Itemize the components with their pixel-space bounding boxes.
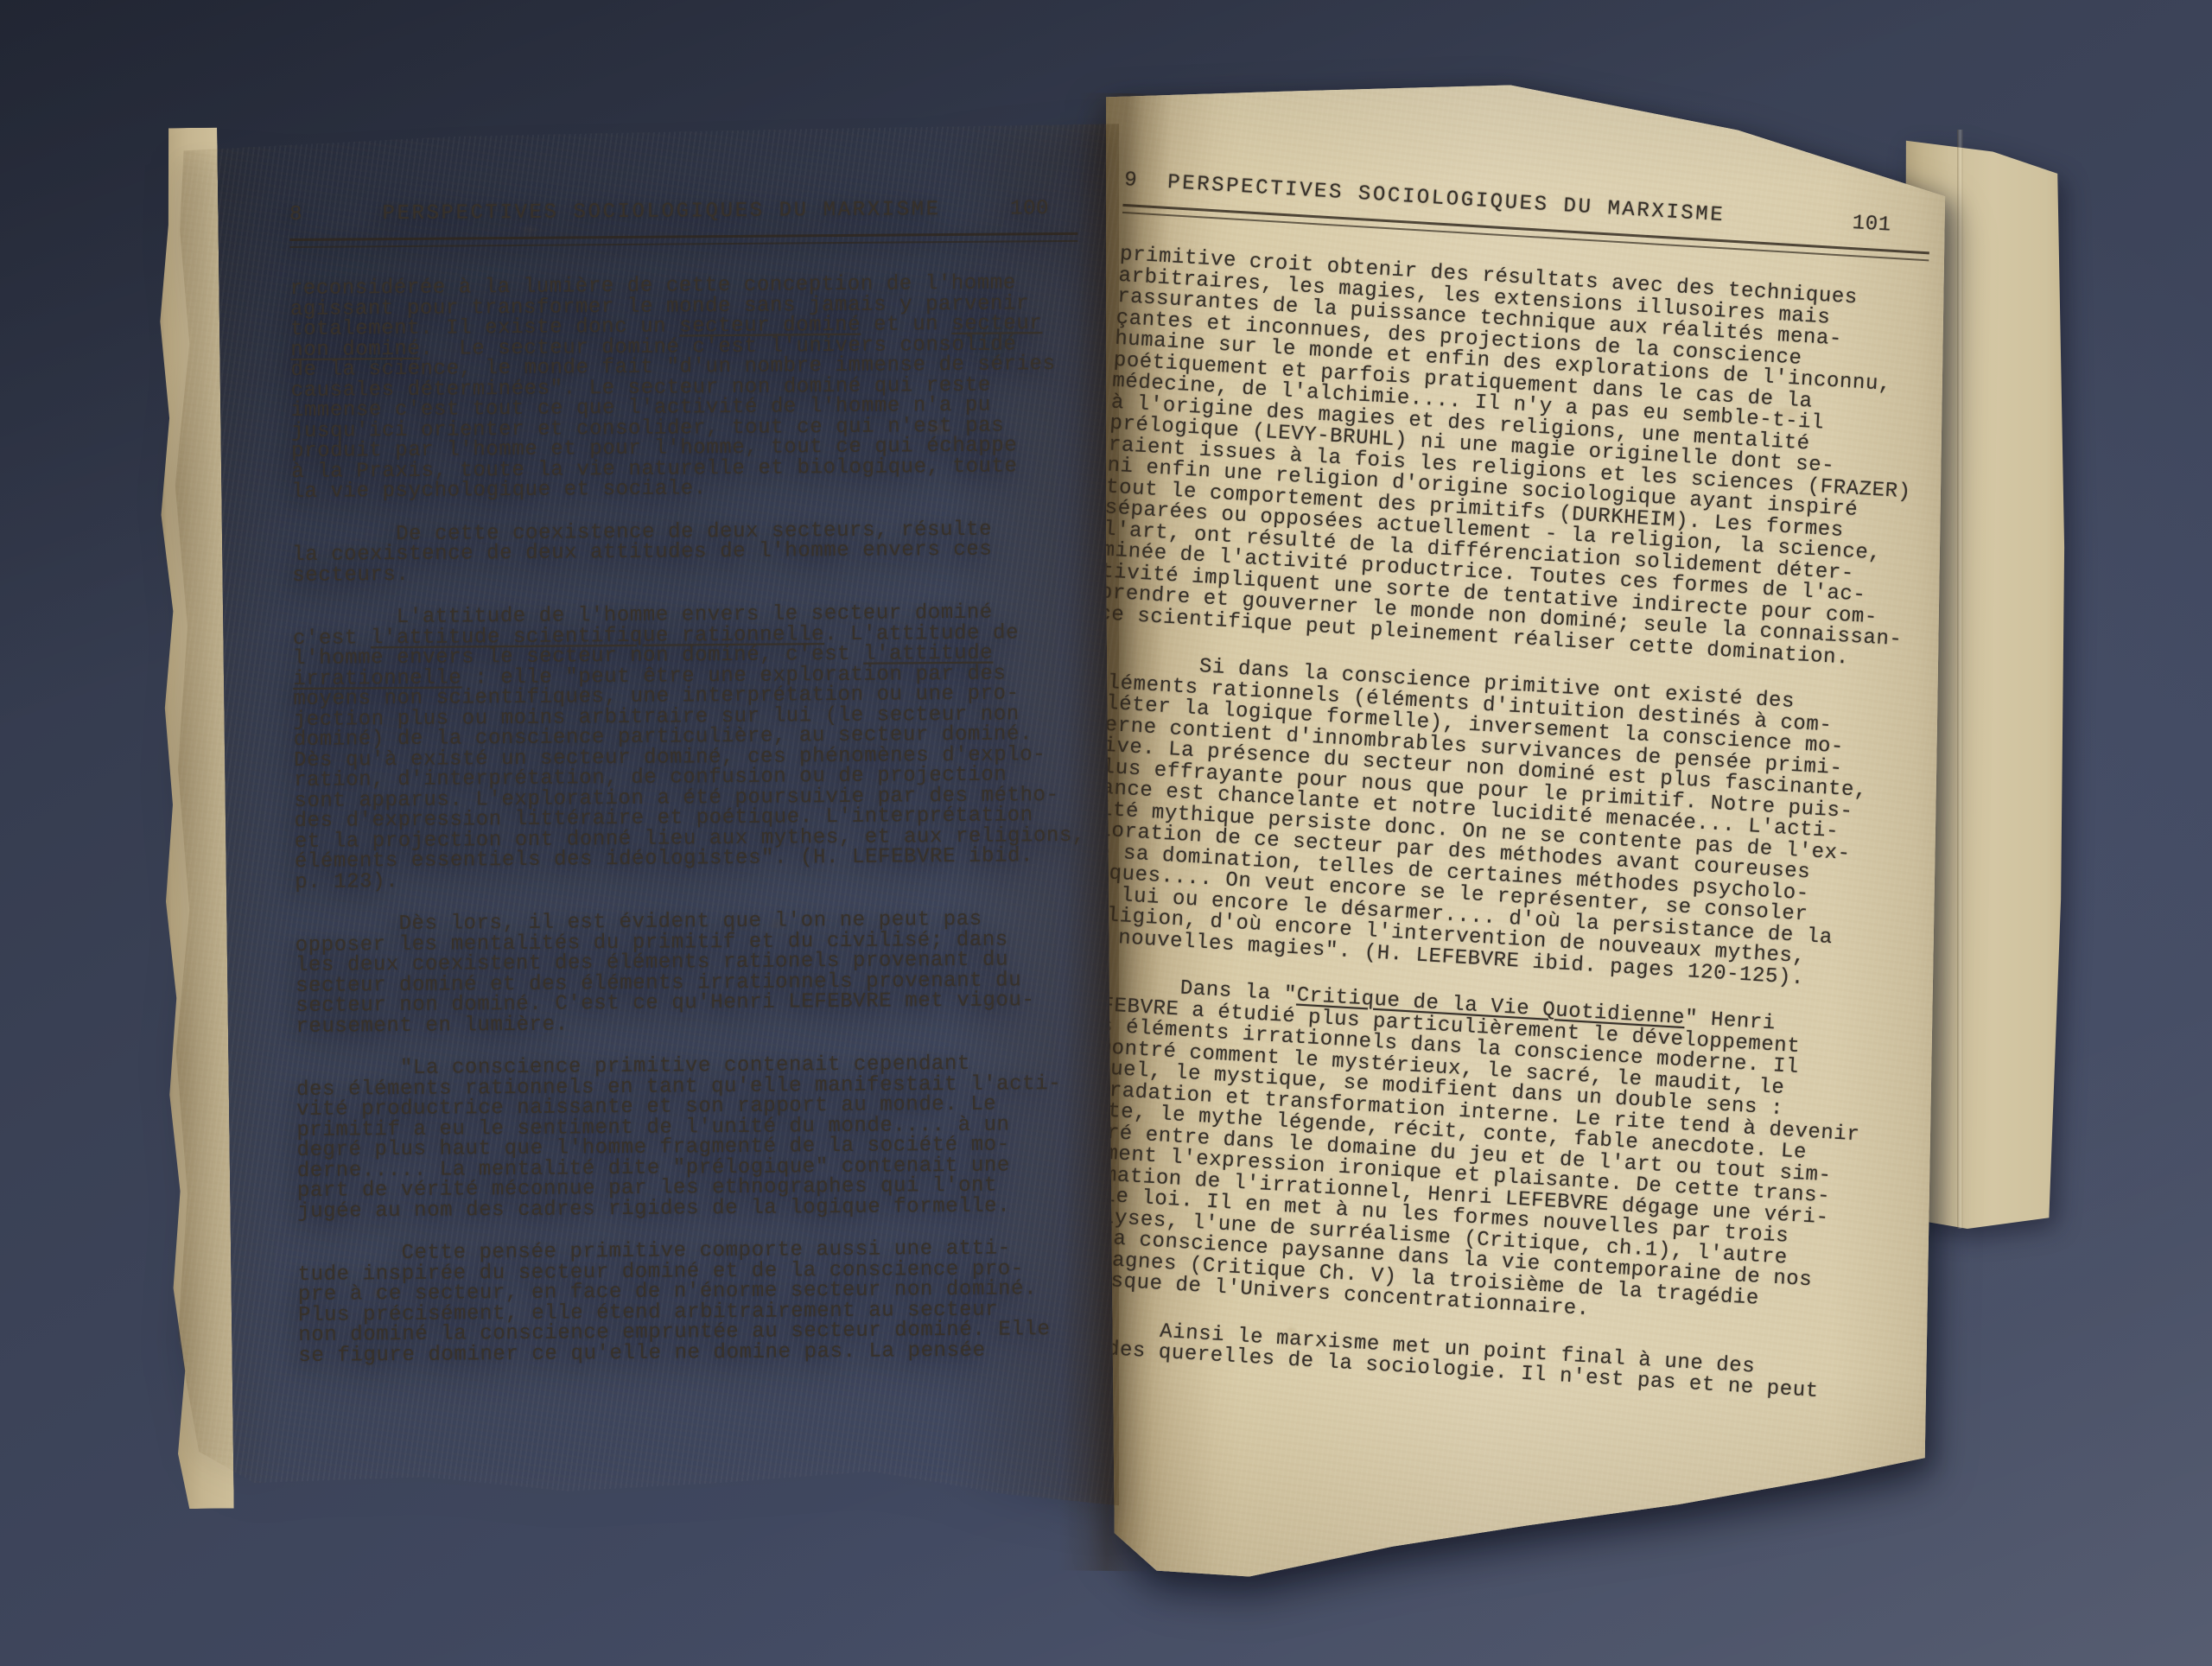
running-title: PERSPECTIVES SOCIOLOGIQUES DU MARXISME (382, 198, 940, 226)
paragraph: Cette pensée primitive comporte aussi un… (297, 1238, 1097, 1366)
folio-number: 8 (289, 202, 383, 226)
page-number: 101 (1777, 207, 1931, 239)
right-page-wrap: 9 PERSPECTIVES SOCIOLOGIQUES DU MARXISME… (1106, 82, 1948, 1586)
book-photo-scene: 8 PERSPECTIVES SOCIOLOGIQUES DU MARXISME… (0, 0, 2212, 1666)
paragraph: Si dans la conscience primitive ont exis… (1079, 651, 1904, 995)
paragraph: "La conscience primitive contenait cepen… (296, 1053, 1096, 1222)
paragraph: Dans la "Critique de la Vie Quotidienne"… (1058, 972, 1884, 1337)
running-header: 8 PERSPECTIVES SOCIOLOGIQUES DU MARXISME… (289, 197, 1089, 226)
fore-edge-crease (1957, 130, 1963, 1229)
paragraph: Dès lors, il est évident que l'on ne peu… (295, 909, 1095, 1037)
left-page-wrap: 8 PERSPECTIVES SOCIOLOGIQUES DU MARXISME… (168, 117, 1119, 1534)
paragraph: De cette coexistence de deux secteurs, r… (292, 518, 1092, 586)
paragraph: reconsidérée à la lumière de cette conce… (290, 273, 1091, 503)
left-page-content: 8 PERSPECTIVES SOCIOLOGIQUES DU MARXISME… (289, 197, 1098, 1389)
left-page-text: reconsidérée à la lumière de cette conce… (290, 273, 1098, 1366)
paragraph: L'attitude de l'homme envers le secteur … (293, 602, 1095, 893)
right-page-content: 9 PERSPECTIVES SOCIOLOGIQUES DU MARXISME… (1052, 169, 1931, 1431)
right-page-text: primitive croit obtenir des résultats av… (1054, 245, 1927, 1406)
paragraph: primitive croit obtenir des résultats av… (1098, 245, 1928, 673)
page-number: 100 (941, 197, 1090, 221)
book-left-page: 8 PERSPECTIVES SOCIOLOGIQUES DU MARXISME… (168, 117, 1119, 1534)
header-rule (289, 232, 1077, 248)
book-right-page: 9 PERSPECTIVES SOCIOLOGIQUES DU MARXISME… (1106, 82, 1948, 1586)
